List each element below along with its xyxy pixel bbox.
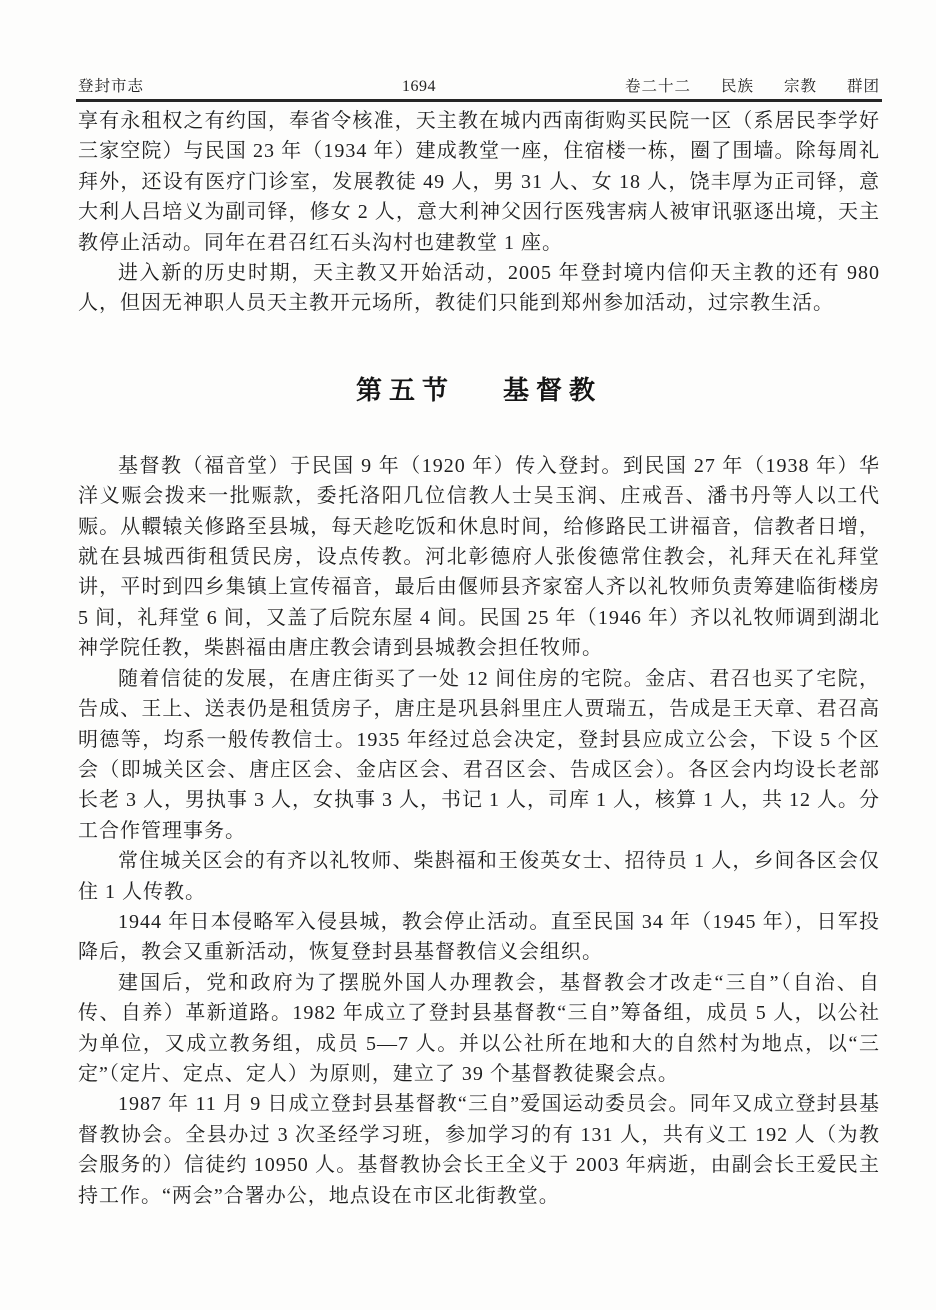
paragraph-christian-origin: 基督教（福音堂）于民国 9 年（1920 年）传入登封。到民国 27 年（193…	[78, 451, 880, 664]
paragraph-catholic-modern: 进入新的历史时期，天主教又开始活动，2005 年登封境内信仰天主教的还有 980…	[78, 258, 880, 319]
section-number: 第五节	[356, 376, 455, 405]
page-header: 登封市志 1694 卷二十二 民族 宗教 群团	[78, 74, 880, 98]
section-title: 基督教	[503, 376, 602, 405]
page-number: 1694	[402, 78, 436, 96]
category-ethnicity: 民族	[721, 74, 754, 96]
paragraph-christian-wartime: 1944 年日本侵略军入侵县城，教会停止活动。直至民国 34 年（1945 年）…	[78, 907, 880, 968]
document-page: 登封市志 1694 卷二十二 民族 宗教 群团 享有永租权之有约国，奉省令核准，…	[0, 0, 936, 1310]
paragraph-christian-threeself: 建国后，党和政府为了摆脱外国人办理教会，基督教会才改走“三自”（自治、自传、自养…	[78, 968, 880, 1090]
section-heading: 第五节基督教	[78, 373, 880, 409]
paragraph-christian-residents: 常住城关区会的有齐以礼牧师、柴斟福和王俊英女士、招待员 1 人，乡间各区会仅住 …	[78, 846, 880, 907]
volume-label: 卷二十二	[625, 74, 691, 96]
category-groups: 群团	[847, 74, 880, 96]
volume-info: 卷二十二 民族 宗教 群团	[496, 74, 880, 96]
header-rule	[76, 99, 882, 102]
paragraph-christian-growth: 随着信徒的发展，在唐庄街买了一处 12 间住房的宅院。金店、君召也买了宅院，告成…	[78, 664, 880, 846]
paragraph-christian-association: 1987 年 11 月 9 日成立登封县基督教“三自”爱国运动委员会。同年又成立…	[78, 1089, 880, 1211]
paragraph-catholic-continued: 享有永租权之有约国，奉省令核准，天主教在城内西南街购买民院一区（系居民李学好三家…	[78, 106, 880, 258]
page-body: 享有永租权之有约国，奉省令核准，天主教在城内西南街购买民院一区（系居民李学好三家…	[78, 106, 880, 1211]
category-religion: 宗教	[784, 74, 817, 96]
